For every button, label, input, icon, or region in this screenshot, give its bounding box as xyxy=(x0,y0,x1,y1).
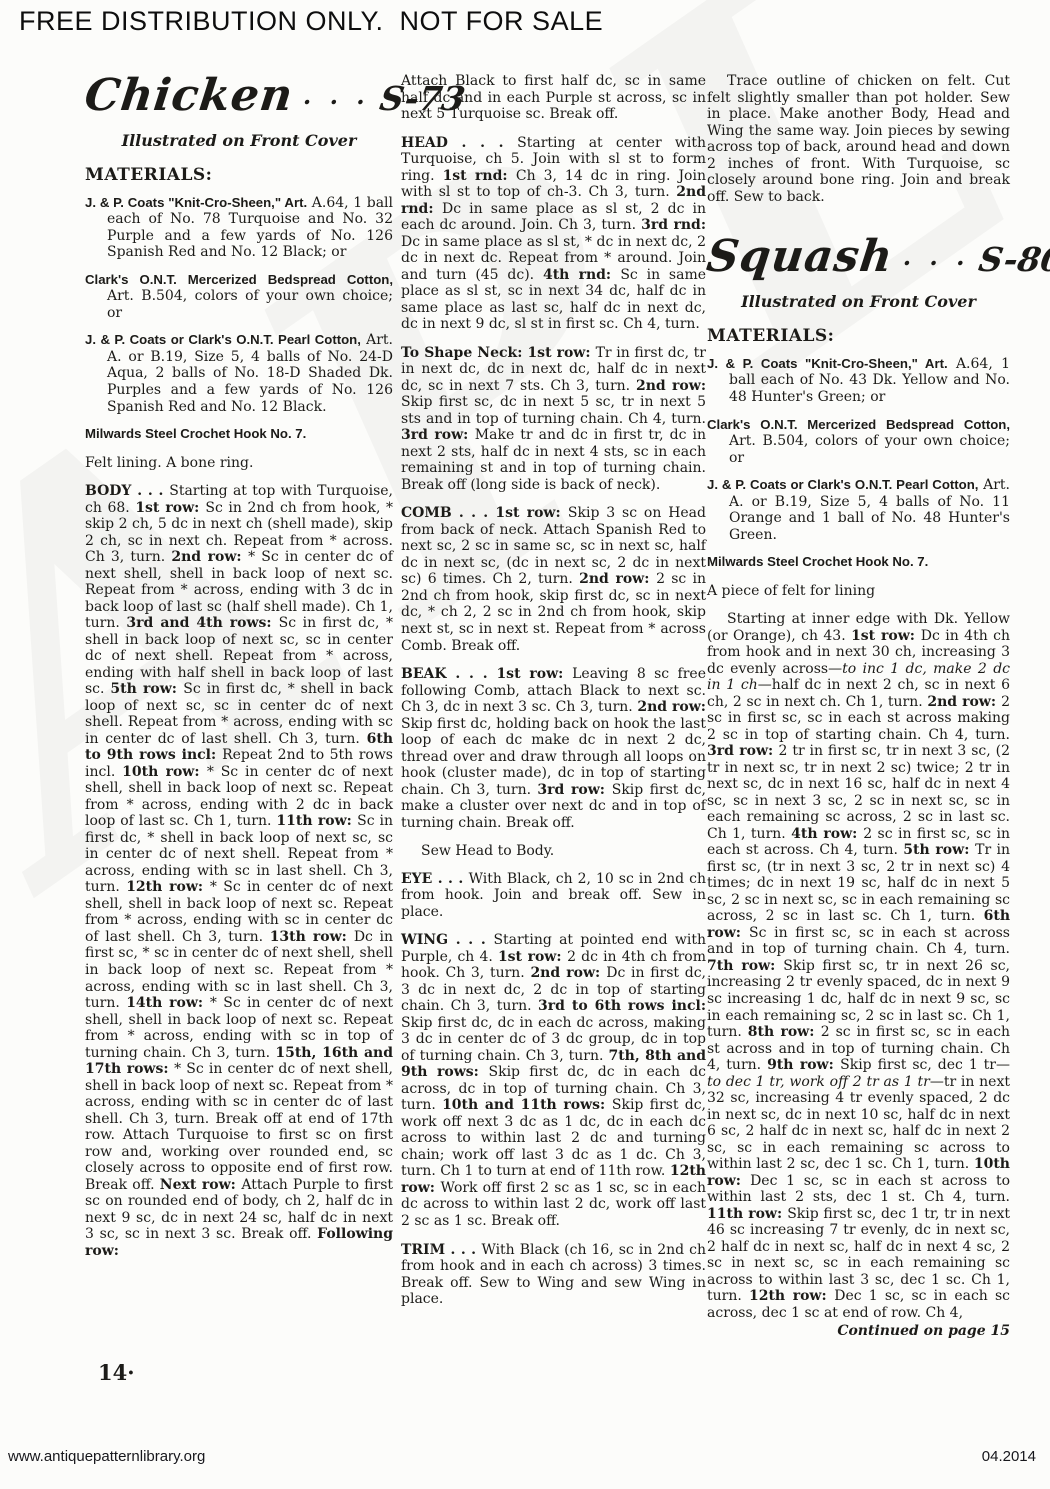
chicken-material-item: Clark's O.N.T. Mercerized Bedspread Cott… xyxy=(85,272,393,322)
squash-material-item: Clark's O.N.T. Mercerized Bedspread Cott… xyxy=(707,417,1010,467)
squash-title-dots: . . . xyxy=(903,242,970,271)
continued-note: Continued on page 15 xyxy=(707,1323,1010,1340)
footer-date: 04.2014 xyxy=(982,1448,1036,1465)
chicken-materials-heading: MATERIALS: xyxy=(85,165,393,185)
page-footer: www.antiquepatternlibrary.org 04.2014 xyxy=(0,1448,1050,1465)
chicken-body-continuation: Attach Black to first half dc, sc in sam… xyxy=(401,73,706,123)
footer-site-url: www.antiquepatternlibrary.org xyxy=(8,1448,205,1465)
chicken-finishing-instructions: Trace outline of chicken on felt. Cut fe… xyxy=(707,73,1010,205)
column-left: Chicken . . . S-73 Illustrated on Front … xyxy=(85,70,393,1271)
chicken-neck-instructions: To Shape Neck: 1st row: Tr in first dc, … xyxy=(401,345,706,494)
squash-material-item: J. & P. Coats or Clark's O.N.T. Pearl Co… xyxy=(707,477,1010,543)
chicken-title-dots: . . . xyxy=(303,81,370,110)
page-number: 14· xyxy=(98,1360,135,1385)
chicken-hook-note: Milwards Steel Crochet Hook No. 7. xyxy=(85,426,393,443)
chicken-subtitle: Illustrated on Front Cover xyxy=(85,132,393,151)
squash-body-instructions: Starting at inner edge with Dk. Yellow (… xyxy=(707,611,1010,1321)
squash-materials-heading: MATERIALS: xyxy=(707,326,1010,346)
chicken-sew-note: Sew Head to Body. xyxy=(401,843,706,860)
chicken-material-item: J. & P. Coats "Knit-Cro-Sheen," Art. A.6… xyxy=(85,195,393,261)
document-page: FREE DISTRIBUTION ONLY. NOT FOR SALE APL… xyxy=(0,0,1050,1489)
squash-title-code: S-80 xyxy=(976,241,1050,280)
squash-subtitle: Illustrated on Front Cover xyxy=(707,293,1010,312)
chicken-eye-instructions: EYE . . . With Black, ch 2, 10 sc in 2nd… xyxy=(401,871,706,921)
chicken-head-instructions: HEAD . . . Starting at center with Turqu… xyxy=(401,135,706,333)
squash-title-name: Squash xyxy=(704,231,896,283)
chicken-body-instructions: BODY . . . Starting at top with Turquois… xyxy=(85,483,393,1259)
squash-hook-note: Milwards Steel Crochet Hook No. 7. xyxy=(707,554,1010,571)
squash-pattern-title: Squash . . . S-80 xyxy=(707,231,1010,283)
chicken-beak-instructions: BEAK . . . 1st row: Leaving 8 sc free fo… xyxy=(401,666,706,831)
distribution-notice: FREE DISTRIBUTION ONLY. NOT FOR SALE xyxy=(19,6,603,37)
squash-material-item: J. & P. Coats "Knit-Cro-Sheen," Art. A.6… xyxy=(707,356,1010,406)
chicken-trim-instructions: TRIM . . . With Black (ch 16, sc in 2nd … xyxy=(401,1242,706,1308)
column-middle: Attach Black to first half dc, sc in sam… xyxy=(401,73,706,1320)
chicken-title-name: Chicken xyxy=(82,70,296,122)
chicken-pattern-title: Chicken . . . S-73 xyxy=(85,70,393,122)
chicken-comb-instructions: COMB . . . 1st row: Skip 3 sc on Head fr… xyxy=(401,505,706,654)
column-right: Trace outline of chicken on felt. Cut fe… xyxy=(707,73,1010,1352)
chicken-felt-note: Felt lining. A bone ring. xyxy=(85,455,393,472)
squash-felt-note: A piece of felt for lining xyxy=(707,583,1010,600)
chicken-wing-instructions: WING . . . Starting at pointed end with … xyxy=(401,932,706,1229)
chicken-material-item: J. & P. Coats or Clark's O.N.T. Pearl Co… xyxy=(85,332,393,415)
